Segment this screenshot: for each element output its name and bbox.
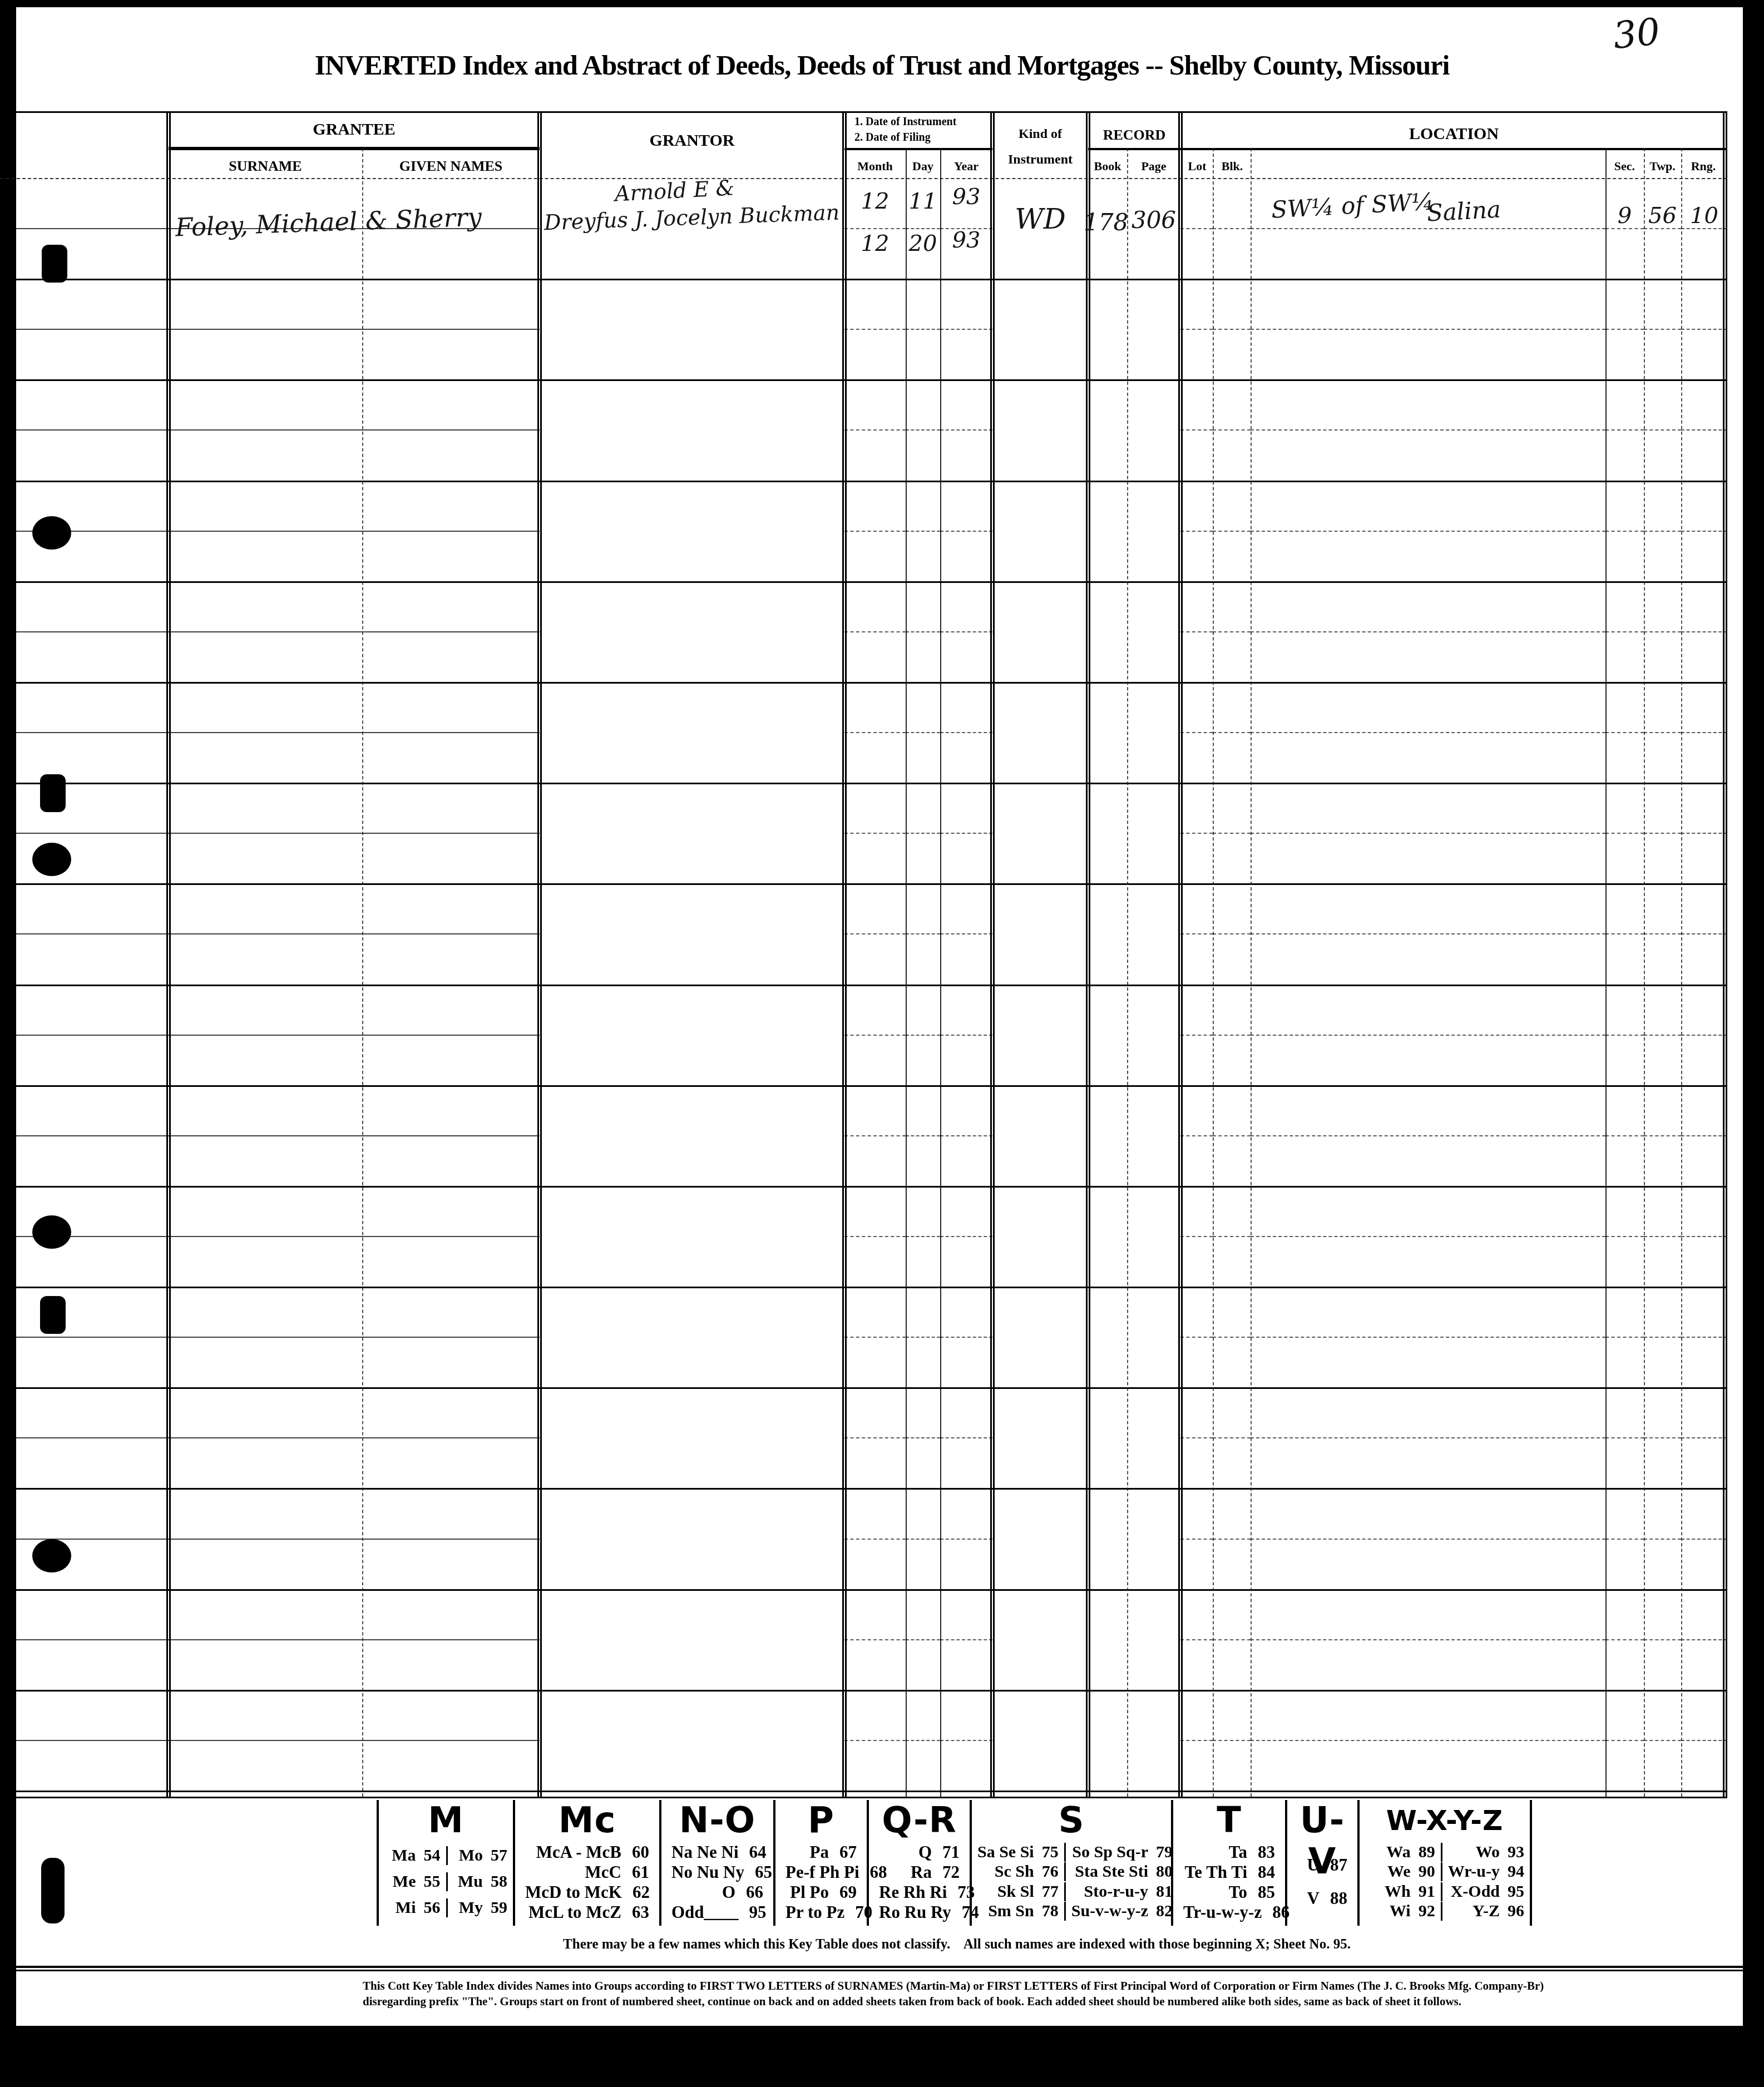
key-entry-label: Sc Sh xyxy=(977,1862,1034,1881)
divider-month-day xyxy=(906,148,907,1797)
cell-given xyxy=(362,1692,540,1791)
cell-page xyxy=(1127,986,1180,1085)
cell-day xyxy=(906,381,940,480)
cell-month xyxy=(844,684,906,783)
cell-grantor xyxy=(540,1087,844,1186)
col-header-rng: Rng. xyxy=(1681,159,1726,174)
cell-blk xyxy=(1213,482,1251,581)
cell-blk xyxy=(1213,583,1251,682)
table-row xyxy=(0,1692,1727,1792)
key-entry-number: 60 xyxy=(621,1842,649,1862)
col-header-month: Month xyxy=(844,159,906,174)
scan-edge-bottom xyxy=(0,2026,1764,2087)
cell-page xyxy=(1127,1490,1180,1589)
cell-month xyxy=(844,482,906,581)
table-bottom-rule xyxy=(0,1797,1727,1798)
cell-book xyxy=(1088,381,1127,480)
key-entry-label: Q xyxy=(879,1842,932,1862)
key-entry: Re Rh Ri73 xyxy=(873,1882,965,1902)
cell-month xyxy=(844,1188,906,1287)
key-column-header: Mc xyxy=(515,1800,659,1841)
cell-sec xyxy=(1605,280,1644,379)
cell-margin xyxy=(0,1389,169,1488)
cell-twp xyxy=(1644,180,1681,279)
cell-month xyxy=(844,986,906,1085)
key-column-header: N-O xyxy=(661,1800,773,1841)
divider-twp-rng xyxy=(1681,148,1682,1797)
cell-margin xyxy=(0,986,169,1085)
cell-kind xyxy=(992,986,1088,1085)
divider-date-kind xyxy=(990,111,995,1797)
key-entry-number: 59 xyxy=(483,1898,507,1917)
cell-lot xyxy=(1180,1288,1213,1387)
cell-legal xyxy=(1251,1389,1605,1488)
cell-day xyxy=(906,1692,940,1791)
cell-blk xyxy=(1213,1288,1251,1387)
divider-day-year xyxy=(940,148,941,1797)
cell-surname xyxy=(169,1591,362,1690)
cell-twp xyxy=(1644,1288,1681,1387)
cell-margin xyxy=(0,1591,169,1690)
cell-grantor xyxy=(540,1591,844,1690)
cell-given xyxy=(362,885,540,984)
cell-margin xyxy=(0,180,169,279)
cell-blk xyxy=(1213,684,1251,783)
key-entry-label: Wi xyxy=(1365,1902,1411,1921)
cell-year xyxy=(940,1288,992,1387)
cell-grantor xyxy=(540,280,844,379)
cell-grantor xyxy=(540,482,844,581)
cell-year xyxy=(940,684,992,783)
key-entry-number: 89 xyxy=(1411,1843,1435,1862)
entry-rng: 10 xyxy=(1681,203,1727,229)
cell-kind xyxy=(992,1288,1088,1387)
key-entry: McD to McK62 xyxy=(520,1882,655,1902)
col-header-date-filing: 2. Date of Filing xyxy=(854,131,931,144)
cell-month xyxy=(844,583,906,682)
cell-legal xyxy=(1251,583,1605,682)
key-entry-number: 93 xyxy=(1500,1843,1524,1862)
cell-rng xyxy=(1681,280,1727,379)
cell-grantor xyxy=(540,684,844,783)
key-entry: McL to McZ63 xyxy=(520,1902,655,1922)
col-header-location: LOCATION xyxy=(1180,125,1727,144)
cell-lot xyxy=(1180,885,1213,984)
key-entry: Odd____95 xyxy=(666,1902,769,1922)
cell-month xyxy=(844,885,906,984)
col-header-lot: Lot xyxy=(1182,159,1213,174)
key-column-m: MMa54Mo57Me55Mu58Mi56My59 xyxy=(379,1800,515,1926)
cell-book xyxy=(1088,684,1127,783)
key-column-mc: McMcA - McB60McC61McD to McK62McL to McZ… xyxy=(515,1800,661,1926)
cell-sec xyxy=(1605,1389,1644,1488)
cell-year xyxy=(940,1188,992,1287)
col-header-surname: SURNAME xyxy=(169,158,362,175)
entry-filing-day: 20 xyxy=(906,231,940,256)
cell-month xyxy=(844,784,906,883)
cell-day xyxy=(906,1087,940,1186)
col-header-grantor: GRANTOR xyxy=(540,131,844,150)
cell-month xyxy=(844,1389,906,1488)
key-entry-number: 55 xyxy=(416,1872,441,1891)
cell-twp xyxy=(1644,986,1681,1085)
key-entry-label: McA - McB xyxy=(525,1842,621,1862)
cell-blk xyxy=(1213,1490,1251,1589)
key-entry-label: Mu xyxy=(453,1872,483,1891)
key-entry: Ta83 xyxy=(1178,1842,1281,1862)
key-entry-label: Sto-r-u-y xyxy=(1071,1882,1148,1901)
key-entry: Me55 xyxy=(379,1872,446,1891)
cell-book xyxy=(1088,1288,1127,1387)
key-entry-number: 73 xyxy=(947,1882,975,1902)
cell-surname xyxy=(169,1692,362,1791)
key-column-header: U-V xyxy=(1287,1800,1357,1841)
key-table: MMa54Mo57Me55Mu58Mi56My59McMcA - McB60Mc… xyxy=(377,1800,1532,1926)
cell-sec xyxy=(1605,1692,1644,1791)
cell-page xyxy=(1127,1188,1180,1287)
cell-grantor xyxy=(540,381,844,480)
key-entry-number: 78 xyxy=(1034,1902,1059,1921)
cell-lot xyxy=(1180,1188,1213,1287)
key-entry-label: Sm Sn xyxy=(977,1902,1034,1921)
key-entry-number: 65 xyxy=(744,1862,772,1882)
cell-page xyxy=(1127,1389,1180,1488)
cell-given xyxy=(362,1288,540,1387)
cell-blk xyxy=(1213,784,1251,883)
divider-surname-given xyxy=(362,148,363,1797)
key-entry: Wi92 xyxy=(1360,1902,1441,1921)
cell-page xyxy=(1127,1087,1180,1186)
cell-book xyxy=(1088,885,1127,984)
key-entry: Ra72 xyxy=(873,1862,965,1882)
cell-day xyxy=(906,684,940,783)
cell-blk xyxy=(1213,1087,1251,1186)
record-underline xyxy=(1088,148,1180,150)
cell-month xyxy=(844,1692,906,1791)
cell-day xyxy=(906,280,940,379)
cell-month xyxy=(844,381,906,480)
cell-legal xyxy=(1251,684,1605,783)
cell-legal xyxy=(1251,1288,1605,1387)
key-entry-label: Ro Ru Ry xyxy=(879,1902,951,1922)
key-entry-label: Na Ne Ni xyxy=(671,1842,739,1862)
cell-day xyxy=(906,482,940,581)
entry-filing-year: 93 xyxy=(940,228,992,253)
cell-given xyxy=(362,482,540,581)
key-entry-number: 57 xyxy=(483,1846,507,1865)
table-top-rule xyxy=(0,111,1727,113)
key-entry-label: McL to McZ xyxy=(525,1902,621,1922)
table-row xyxy=(0,784,1727,885)
location-underline xyxy=(1180,148,1727,150)
cell-surname xyxy=(169,583,362,682)
cell-twp xyxy=(1644,482,1681,581)
key-column-entries: Na Ne Ni64No Nu Ny65O66Odd____95 xyxy=(661,1841,773,1927)
cell-given xyxy=(362,280,540,379)
cell-day xyxy=(906,583,940,682)
cell-grantor xyxy=(540,1288,844,1387)
binding-mark xyxy=(41,1858,65,1923)
key-entry-number: 69 xyxy=(829,1882,857,1902)
cell-blk xyxy=(1213,885,1251,984)
cell-margin xyxy=(0,1490,169,1589)
cell-surname xyxy=(169,1490,362,1589)
cell-legal xyxy=(1251,1490,1605,1589)
cell-surname xyxy=(169,1188,362,1287)
cell-book xyxy=(1088,784,1127,883)
cell-lot xyxy=(1180,280,1213,379)
key-column-p: PPa67Pe-f Ph Pi68Pl Po69Pr to Pz70 xyxy=(775,1800,869,1926)
cell-year xyxy=(940,1389,992,1488)
cell-day xyxy=(906,986,940,1085)
key-entry-label: Sa Se Si xyxy=(977,1843,1034,1862)
cell-rng xyxy=(1681,381,1727,480)
cell-twp xyxy=(1644,583,1681,682)
scan-edge-top xyxy=(0,0,1764,7)
key-entry: Q71 xyxy=(873,1842,965,1862)
col-header-grantee: GRANTEE xyxy=(169,120,540,139)
col-header-year: Year xyxy=(940,159,992,174)
key-entry-label: Pl Po xyxy=(785,1882,829,1902)
table-row xyxy=(0,583,1727,684)
key-column-entries: Q71Ra72Re Rh Ri73Ro Ru Ry74 xyxy=(869,1841,970,1927)
cell-twp xyxy=(1644,1389,1681,1488)
key-entry: Wa89 xyxy=(1360,1843,1441,1862)
cell-year xyxy=(940,885,992,984)
key-entry-label: Wa xyxy=(1365,1843,1411,1862)
table-row xyxy=(0,381,1727,482)
table-row xyxy=(0,1288,1727,1389)
key-entry: We90 xyxy=(1360,1862,1441,1881)
cell-rng xyxy=(1681,1288,1727,1387)
key-column-header: M xyxy=(379,1800,513,1841)
divider-kind-record xyxy=(1086,111,1090,1797)
cell-grantor xyxy=(540,1490,844,1589)
key-entry-number: 62 xyxy=(622,1882,650,1902)
cell-book xyxy=(1088,583,1127,682)
cell-lot xyxy=(1180,180,1213,279)
cell-lot xyxy=(1180,482,1213,581)
cell-blk xyxy=(1213,1389,1251,1488)
page-title: INVERTED Index and Abstract of Deeds, De… xyxy=(0,49,1764,81)
key-column-entries: U87V88 xyxy=(1287,1841,1357,1926)
cell-grantor xyxy=(540,1692,844,1791)
cell-book xyxy=(1088,1389,1127,1488)
key-entry: Pe-f Ph Pi68 xyxy=(780,1862,862,1882)
cell-year xyxy=(940,482,992,581)
cell-page xyxy=(1127,381,1180,480)
key-entry-label: Me xyxy=(384,1872,416,1891)
cell-grantor xyxy=(540,784,844,883)
cell-day xyxy=(906,885,940,984)
cell-sec xyxy=(1605,986,1644,1085)
cell-sec xyxy=(1605,1087,1644,1186)
cell-legal xyxy=(1251,482,1605,581)
double-rule xyxy=(8,1966,1743,1971)
key-column-header: S xyxy=(972,1800,1171,1841)
key-entry-number: 77 xyxy=(1034,1882,1059,1901)
key-entry: V88 xyxy=(1292,1888,1353,1908)
cell-day xyxy=(906,1188,940,1287)
key-entry: McA - McB60 xyxy=(520,1842,655,1862)
key-entry: McC61 xyxy=(520,1862,655,1882)
divider-book-page xyxy=(1127,148,1128,1797)
table-right-edge xyxy=(1723,111,1727,1797)
cell-sec xyxy=(1605,1288,1644,1387)
key-column-w-x-y-z: W-X-Y-ZWa89Wo93We90Wr-u-y94Wh91X-Odd95Wi… xyxy=(1360,1800,1532,1926)
cell-day xyxy=(906,1288,940,1387)
col-header-kind-1: Kind of xyxy=(992,127,1088,142)
cell-lot xyxy=(1180,684,1213,783)
cell-margin xyxy=(0,885,169,984)
cell-month xyxy=(844,1288,906,1387)
key-entry-number: 70 xyxy=(844,1902,872,1922)
key-entry: U87 xyxy=(1292,1855,1353,1875)
key-column-t: TTa83Te Th Ti84To85Tr-u-w-y-z86 xyxy=(1173,1800,1287,1926)
key-entry-label: Pe-f Ph Pi xyxy=(785,1862,859,1882)
cell-twp xyxy=(1644,885,1681,984)
col-header-blk: Blk. xyxy=(1214,159,1251,174)
cell-legal xyxy=(1251,280,1605,379)
col-header-sec: Sec. xyxy=(1605,159,1644,174)
key-entry-number: 84 xyxy=(1247,1862,1275,1882)
key-entry-label: Y-Z xyxy=(1448,1902,1500,1921)
cell-kind xyxy=(992,1188,1088,1287)
cell-kind xyxy=(992,684,1088,783)
cell-kind xyxy=(992,1591,1088,1690)
cell-grantor xyxy=(540,1389,844,1488)
cell-page xyxy=(1127,482,1180,581)
key-entry: O66 xyxy=(666,1882,769,1902)
cell-given xyxy=(362,583,540,682)
cell-lot xyxy=(1180,784,1213,883)
cell-day xyxy=(906,1389,940,1488)
col-header-kind-2: Instrument xyxy=(992,152,1088,167)
cell-sec xyxy=(1605,885,1644,984)
key-entry-number: 79 xyxy=(1148,1843,1173,1862)
cell-sec xyxy=(1605,684,1644,783)
cell-surname xyxy=(169,1288,362,1387)
key-entry: Tr-u-w-y-z86 xyxy=(1178,1902,1281,1922)
entry-location-part2: Salina xyxy=(1426,196,1501,227)
cell-twp xyxy=(1644,1591,1681,1690)
key-entry-label: Re Rh Ri xyxy=(879,1882,947,1902)
cell-rng xyxy=(1681,684,1727,783)
cell-blk xyxy=(1213,381,1251,480)
cell-page xyxy=(1127,1692,1180,1791)
col-header-date-instrument: 1. Date of Instrument xyxy=(854,116,956,128)
key-entry: Sk Sl77 xyxy=(972,1882,1064,1901)
cell-rng xyxy=(1681,482,1727,581)
key-entry-number: 67 xyxy=(829,1842,857,1862)
cell-margin xyxy=(0,1288,169,1387)
cell-margin xyxy=(0,1188,169,1287)
key-entry-number: 54 xyxy=(416,1846,441,1865)
cell-surname xyxy=(169,684,362,783)
cell-sec xyxy=(1605,1490,1644,1589)
cell-kind xyxy=(992,1490,1088,1589)
key-entry-label: Su-v-w-y-z xyxy=(1071,1902,1148,1921)
cell-day xyxy=(906,784,940,883)
entry-instrument-day: 11 xyxy=(906,189,940,214)
table-row xyxy=(0,1591,1727,1692)
entry-sec: 9 xyxy=(1605,203,1644,229)
key-entry: Ma54 xyxy=(379,1846,446,1865)
key-entry-label: Wr-u-y xyxy=(1448,1862,1500,1881)
key-column-n-o: N-ONa Ne Ni64No Nu Ny65O66Odd____95 xyxy=(661,1800,775,1926)
key-entry-number: 71 xyxy=(932,1842,960,1862)
cell-day xyxy=(906,1591,940,1690)
table-row xyxy=(0,1188,1727,1288)
key-column-entries: Wa89Wo93We90Wr-u-y94Wh91X-Odd95Wi92Y-Z96 xyxy=(1360,1841,1530,1926)
table-row xyxy=(0,986,1727,1087)
main-table: GRANTEE SURNAME GIVEN NAMES GRANTOR 1. D… xyxy=(0,111,1727,1797)
cell-rng xyxy=(1681,784,1727,883)
cell-kind xyxy=(992,280,1088,379)
key-entry: No Nu Ny65 xyxy=(666,1862,769,1882)
entry-twp: 56 xyxy=(1644,203,1681,229)
key-entry: Sto-r-u-y81 xyxy=(1064,1882,1178,1901)
entry-filing-month: 12 xyxy=(844,231,906,256)
table-row xyxy=(0,684,1727,784)
key-entry-number: 56 xyxy=(416,1898,441,1917)
key-entry: Te Th Ti84 xyxy=(1178,1862,1281,1882)
table-row xyxy=(0,1490,1727,1590)
cell-rng xyxy=(1681,1087,1727,1186)
cell-book xyxy=(1088,1490,1127,1589)
cell-legal xyxy=(1251,1087,1605,1186)
key-entry-number: 76 xyxy=(1034,1862,1059,1881)
entry-instrument-year: 93 xyxy=(940,184,992,210)
key-entry: Sm Sn78 xyxy=(972,1902,1064,1921)
key-entry-label: Ma xyxy=(384,1846,416,1865)
col-header-day: Day xyxy=(906,159,940,174)
cell-twp xyxy=(1644,684,1681,783)
cell-blk xyxy=(1213,1692,1251,1791)
cell-day xyxy=(906,1490,940,1589)
cell-kind xyxy=(992,885,1088,984)
key-column-q-r: Q-RQ71Ra72Re Rh Ri73Ro Ru Ry74 xyxy=(869,1800,972,1926)
key-entry: Sta Ste Sti80 xyxy=(1064,1862,1178,1881)
key-entry-label: Sta Ste Sti xyxy=(1071,1862,1148,1881)
cell-rng xyxy=(1681,1188,1727,1287)
footnote-line-2: disregarding prefix "The". Groups start … xyxy=(363,1994,1742,2009)
cell-given xyxy=(362,1188,540,1287)
cell-margin xyxy=(0,280,169,379)
cell-kind xyxy=(992,583,1088,682)
scan-edge-right xyxy=(1743,0,1764,2087)
cell-grantor xyxy=(540,1188,844,1287)
key-entry-label: So Sp Sq-r xyxy=(1071,1843,1148,1862)
cell-page xyxy=(1127,1591,1180,1690)
cell-margin xyxy=(0,1087,169,1186)
key-entry: Wh91 xyxy=(1360,1882,1441,1901)
key-entry-label: To xyxy=(1183,1882,1247,1902)
key-entry: My59 xyxy=(446,1898,513,1917)
cell-book xyxy=(1088,482,1127,581)
cell-lot xyxy=(1180,381,1213,480)
cell-year xyxy=(940,784,992,883)
cell-book xyxy=(1088,986,1127,1085)
key-entry-number: 61 xyxy=(621,1862,649,1882)
table-row xyxy=(0,885,1727,986)
cell-lot xyxy=(1180,986,1213,1085)
cell-given xyxy=(362,684,540,783)
cell-blk xyxy=(1213,1591,1251,1690)
key-entry-number: 92 xyxy=(1411,1902,1435,1921)
key-entry-number: 94 xyxy=(1500,1862,1524,1881)
cell-rng xyxy=(1681,180,1727,279)
